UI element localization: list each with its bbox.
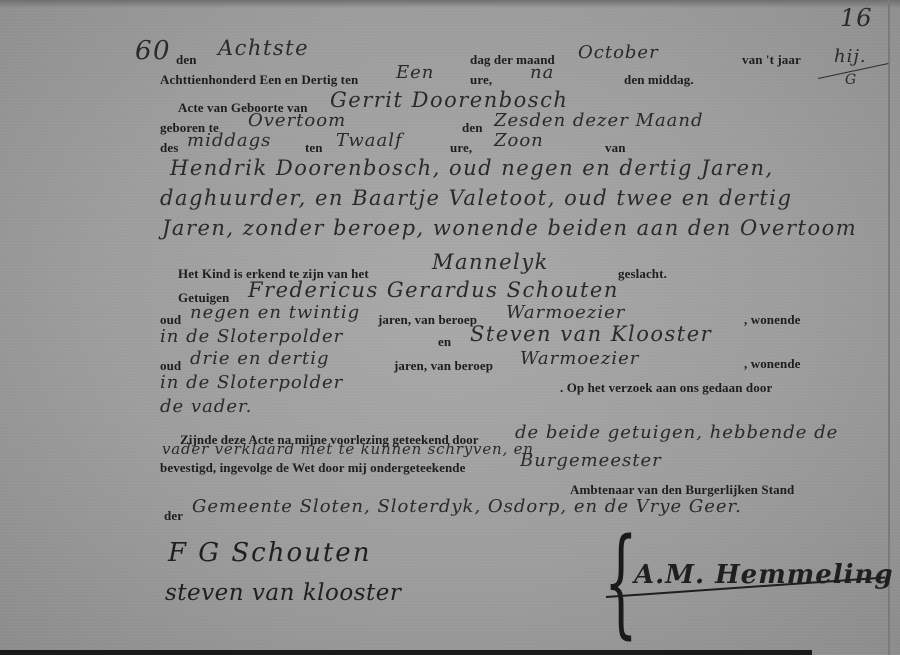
field-sex: Mannelyk (432, 250, 549, 274)
field-birth-date: Zesden dezer Maand (494, 110, 704, 131)
field-father: Hendrik Doorenbosch, oud negen en dertig… (170, 156, 774, 180)
label-verzoek: . Op het verzoek aan ons gedaan door (560, 380, 772, 396)
field-requester: de vader. (160, 396, 252, 417)
field-month: October (578, 42, 659, 63)
field-relation: Zoon (494, 130, 544, 151)
label-jaren-beroep-2: jaren, van beroep (394, 358, 493, 374)
field-official-title: Burgemeester (520, 450, 662, 471)
field-mother-residence: Jaren, zonder beroep, wonende beiden aan… (162, 216, 857, 240)
label-bevestigd: bevestigd, ingevolge de Wet door mij ond… (160, 460, 466, 476)
field-witness2-age: drie en dertig (190, 348, 330, 369)
label-wonende-1: , wonende (744, 312, 801, 328)
field-father-occupation-mother: daghuurder, en Baartje Valetoot, oud twe… (160, 186, 792, 210)
label-der: der (164, 508, 183, 524)
margin-page-number: 16 (840, 4, 873, 32)
field-birth-hour: Twaalf (336, 130, 403, 151)
field-witness1-occupation: Warmoezier (506, 302, 625, 323)
field-hour: Een (396, 62, 434, 83)
field-signed-note: vader verklaard niet te kunnen schryven,… (162, 440, 534, 458)
label-den-date: den (462, 120, 483, 136)
act-number: 60 (135, 36, 171, 66)
field-witness1-name: Fredericus Gerardus Schouten (248, 278, 619, 302)
field-municipality: Gemeente Sloten, Sloterdyk, Osdorp, en d… (192, 496, 742, 517)
label-van-parents: van (605, 140, 626, 156)
field-time-of-day: middags (187, 130, 271, 151)
field-na: na (530, 62, 554, 83)
label-en: en (438, 334, 451, 350)
page-fold-line (888, 0, 890, 655)
signature-brace: { (604, 522, 638, 640)
signature-witness1: F G Schouten (168, 538, 371, 568)
scan-bottom-edge (0, 650, 812, 655)
label-year: Achttienhonderd Een en Dertig ten (160, 72, 358, 88)
label-den-middag: den middag. (624, 72, 694, 88)
label-ure: ure, (470, 72, 492, 88)
field-birthplace: Overtoom (248, 110, 346, 131)
field-signed-by: de beide getuigen, hebbende de (515, 422, 838, 443)
birth-certificate-scan: 16 hij. G 60 den Achtste dag der maand O… (0, 0, 900, 655)
margin-initials: hij. (834, 46, 867, 67)
field-witness2-residence: in de Sloterpolder (160, 372, 343, 393)
label-ten: ten (305, 140, 323, 156)
signature-witness2: steven van klooster (165, 580, 401, 606)
label-des: des (160, 140, 178, 156)
field-witness2-name: Steven van Klooster (470, 322, 712, 346)
label-ure-birth: ure, (450, 140, 472, 156)
label-jaren-beroep-1: jaren, van beroep (378, 312, 477, 328)
margin-mark: G (845, 72, 857, 88)
label-van-t-jaar: van 't jaar (742, 52, 801, 68)
field-child-name: Gerrit Doorenbosch (330, 88, 568, 112)
field-day: Achtste (218, 36, 309, 60)
field-witness1-age: negen en twintig (190, 302, 360, 323)
field-witness1-residence: in de Sloterpolder (160, 326, 343, 347)
paper-top-edge (0, 0, 900, 8)
label-den: den (176, 52, 197, 68)
field-witness2-occupation: Warmoezier (520, 348, 639, 369)
label-wonende-2: , wonende (744, 356, 801, 372)
label-geslacht: geslacht. (618, 266, 667, 282)
